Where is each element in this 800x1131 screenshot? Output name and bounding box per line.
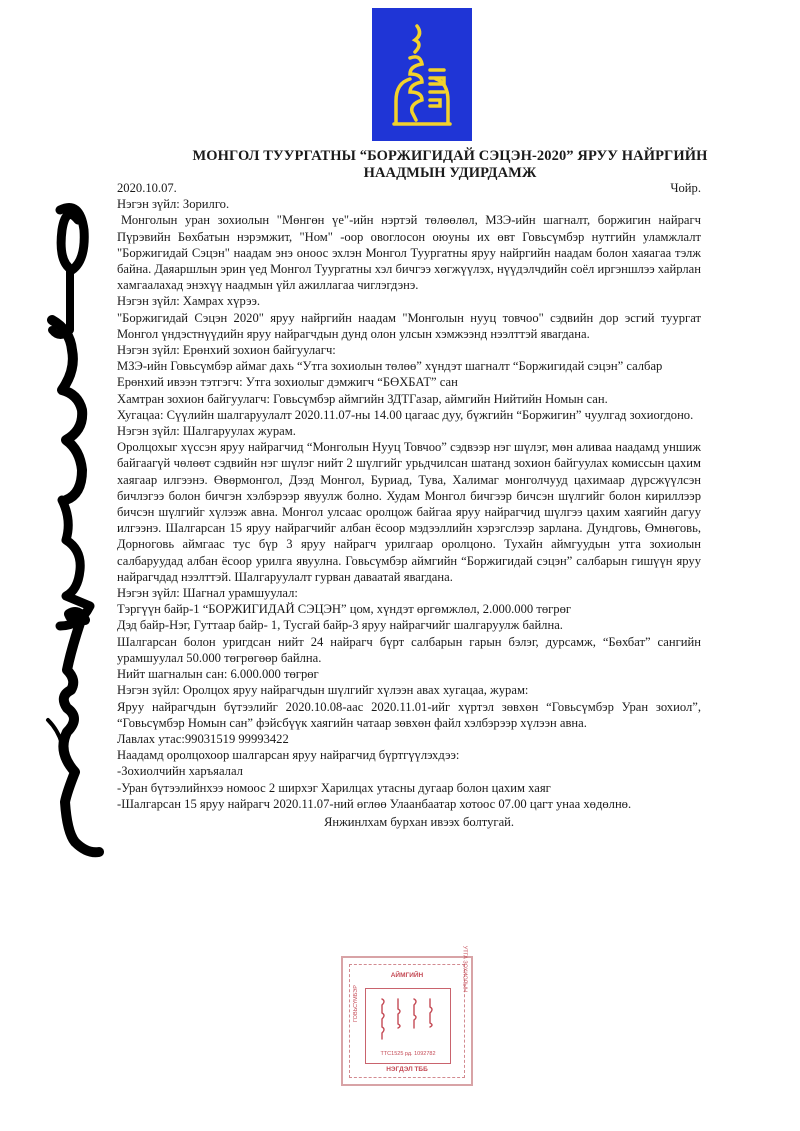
- stamp-top-text: АЙМГИЙН: [343, 972, 471, 979]
- stamp-center-box: ТТС1525 рд. 1092782: [365, 988, 451, 1064]
- document-paragraph: Тэргүүн байр-1 “БОРЖИГИДАЙ СЭЦЭН” цом, х…: [117, 601, 701, 617]
- document-paragraph: "Боржигидай Сэцэн 2020" яруу найргийн на…: [117, 310, 701, 342]
- document-paragraph: Монголын уран зохиолын "Мөнгөн үе"-ийн н…: [117, 212, 701, 293]
- document-paragraph: Ерөнхий ивээн тэтгэгч: Утга зохиолыг дэм…: [117, 374, 701, 390]
- document-paragraph: Нэгэн зүйл: Хамрах хүрээ.: [117, 293, 701, 309]
- stamp-left-text: ГОВЬСҮМБЭР: [353, 962, 359, 1022]
- document-body: 2020.10.07. Чойр. Нэгэн зүйл: Зорилго.Мо…: [117, 180, 701, 830]
- document-paragraph: Наадамд оролцохоор шалгарсан яруу найраг…: [117, 747, 701, 763]
- soyombo-emblem-icon: [372, 8, 472, 141]
- document-paragraph: МЗЭ-ийн Говьсүмбэр аймаг дахь “Утга зохи…: [117, 358, 701, 374]
- document-paragraph: -Зохиолчийн харъяалал: [117, 763, 701, 779]
- document-paragraph: Хугацаа: Сүүлийн шалгаруулалт 2020.11.07…: [117, 407, 701, 423]
- document-paragraph: Хамтран зохион байгуулагч: Говьсүмбэр ай…: [117, 391, 701, 407]
- document-paragraph: Нэгэн зүйл: Зорилго.: [117, 196, 701, 212]
- document-paragraph: -Уран бүтээлийнхээ номоос 2 ширхэг Харил…: [117, 780, 701, 796]
- title-line-1: МОНГОЛ ТУУРГАТНЫ “БОРЖИГИДАЙ СЭЦЭН-2020”…: [130, 148, 770, 165]
- document-paragraph: -Шалгарсан 15 яруу найрагч 2020.11.07-ни…: [117, 796, 701, 812]
- stamp-mongolian-script-icon: [372, 995, 444, 1045]
- document-paragraph: Нэгэн зүйл: Шагнал урамшуулал:: [117, 585, 701, 601]
- document-paragraph: Нийт шагналын сан: 6.000.000 төгрөг: [117, 666, 701, 682]
- document-paragraph: Нэгэн зүйл: Ерөнхий зохион байгуулагч:: [117, 342, 701, 358]
- document-date: 2020.10.07.: [117, 180, 177, 196]
- document-paragraph: Оролцохыг хүссэн яруу найрагчид “Монголы…: [117, 439, 701, 585]
- mongolian-script-calligraphy-icon: [30, 190, 110, 920]
- document-paragraph: Яруу найрагчдын бүтээлийг 2020.10.08-аас…: [117, 699, 701, 731]
- document-paragraph: Лавлах утас:99031519 99993422: [117, 731, 701, 747]
- closing-blessing: Янжинлхам бурхан ивээх болтугай.: [117, 814, 701, 830]
- stamp-bottom-text: НЭГДЭЛ ТББ: [343, 1066, 471, 1073]
- document-paragraph: Дэд байр-Нэг, Гуттаар байр- 1, Тусгай ба…: [117, 617, 701, 633]
- document-paragraph: Нэгэн зүйл: Оролцох яруу найрагчдын шүлг…: [117, 682, 701, 698]
- document-paragraph: Нэгэн зүйл: Шалгаруулах журам.: [117, 423, 701, 439]
- document-title: МОНГОЛ ТУУРГАТНЫ “БОРЖИГИДАЙ СЭЦЭН-2020”…: [130, 148, 770, 182]
- sections-container: Нэгэн зүйл: Зорилго.Монголын уран зохиол…: [117, 196, 701, 812]
- stamp-right-text: УТГА ЗОХИОЛЫН: [461, 946, 467, 992]
- document-paragraph: Шалгарсан болон уригдсан нийт 24 найрагч…: [117, 634, 701, 666]
- official-stamp: АЙМГИЙН ГОВЬСҮМБЭР УТГА ЗОХИОЛЫН ТТС1525…: [341, 956, 473, 1086]
- date-location-row: 2020.10.07. Чойр.: [117, 180, 701, 196]
- document-location: Чойр.: [670, 180, 701, 196]
- stamp-registration-number: ТТС1525 рд. 1092782: [366, 1051, 450, 1057]
